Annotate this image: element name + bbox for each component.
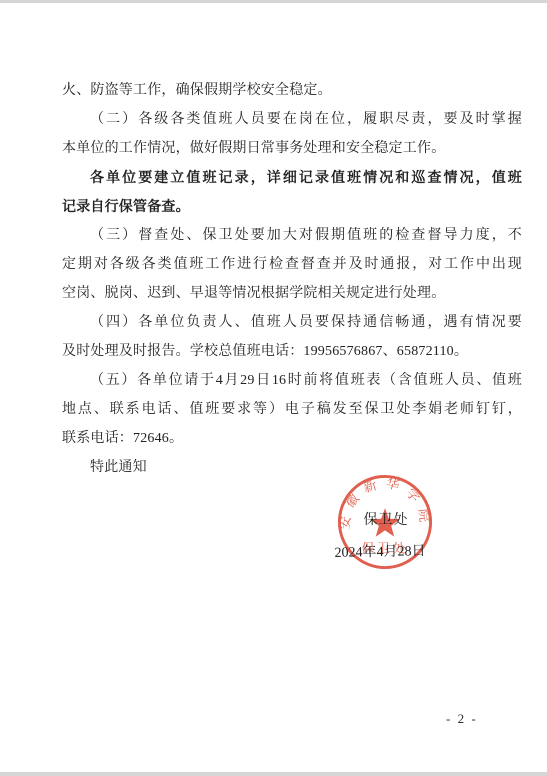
- text-line: （二）各级各类值班人员要在岗在位，履职尽责，要及时掌握: [62, 105, 522, 134]
- signature-department: 保卫处: [336, 509, 436, 529]
- scan-edge-top: [0, 0, 547, 3]
- document-page: 火、防盗等工作，确保假期学校安全稳定。 （二）各级各类值班人员要在岗在位，履职尽…: [0, 0, 547, 776]
- notice-body: 火、防盗等工作，确保假期学校安全稳定。 （二）各级各类值班人员要在岗在位，履职尽…: [62, 76, 522, 482]
- signature-date: 2024年4月28日: [328, 540, 432, 562]
- text-line: 火、防盗等工作，确保假期学校安全稳定。: [62, 76, 522, 105]
- page-number: - 2 -: [446, 711, 478, 727]
- text-line: 本单位的工作情况，做好假期日常事务处理和安全稳定工作。: [62, 134, 522, 163]
- text-line: 地点、联系电话、值班要求等）电子稿发至保卫处李娟老师钉钉，: [62, 395, 522, 424]
- text-line: （四）各单位负责人、值班人员要保持通信畅通，遇有情况要: [62, 308, 522, 337]
- text-line: （三）督查处、保卫处要加大对假期值班的检查督导力度，不: [62, 221, 522, 250]
- text-line: 定期对各级各类值班工作进行检查督查并及时通报，对工作中出现: [62, 250, 522, 279]
- text-line: 记录自行保管备查。: [62, 192, 522, 221]
- text-line: 空岗、脱岗、迟到、早退等情况根据学院相关规定进行处理。: [62, 279, 522, 308]
- scan-edge-bottom: [0, 772, 547, 776]
- text-line: 联系电话：72646。: [62, 424, 522, 453]
- text-line: 及时处理及时报告。学校总值班电话：19956576867、65872110。: [62, 337, 522, 366]
- text-line: 各单位要建立值班记录，详细记录值班情况和巡查情况，值班: [62, 163, 522, 192]
- text-line: （五）各单位请于4月29日16时前将值班表（含值班人员、值班: [62, 366, 522, 395]
- text-line: 特此通知: [62, 453, 522, 482]
